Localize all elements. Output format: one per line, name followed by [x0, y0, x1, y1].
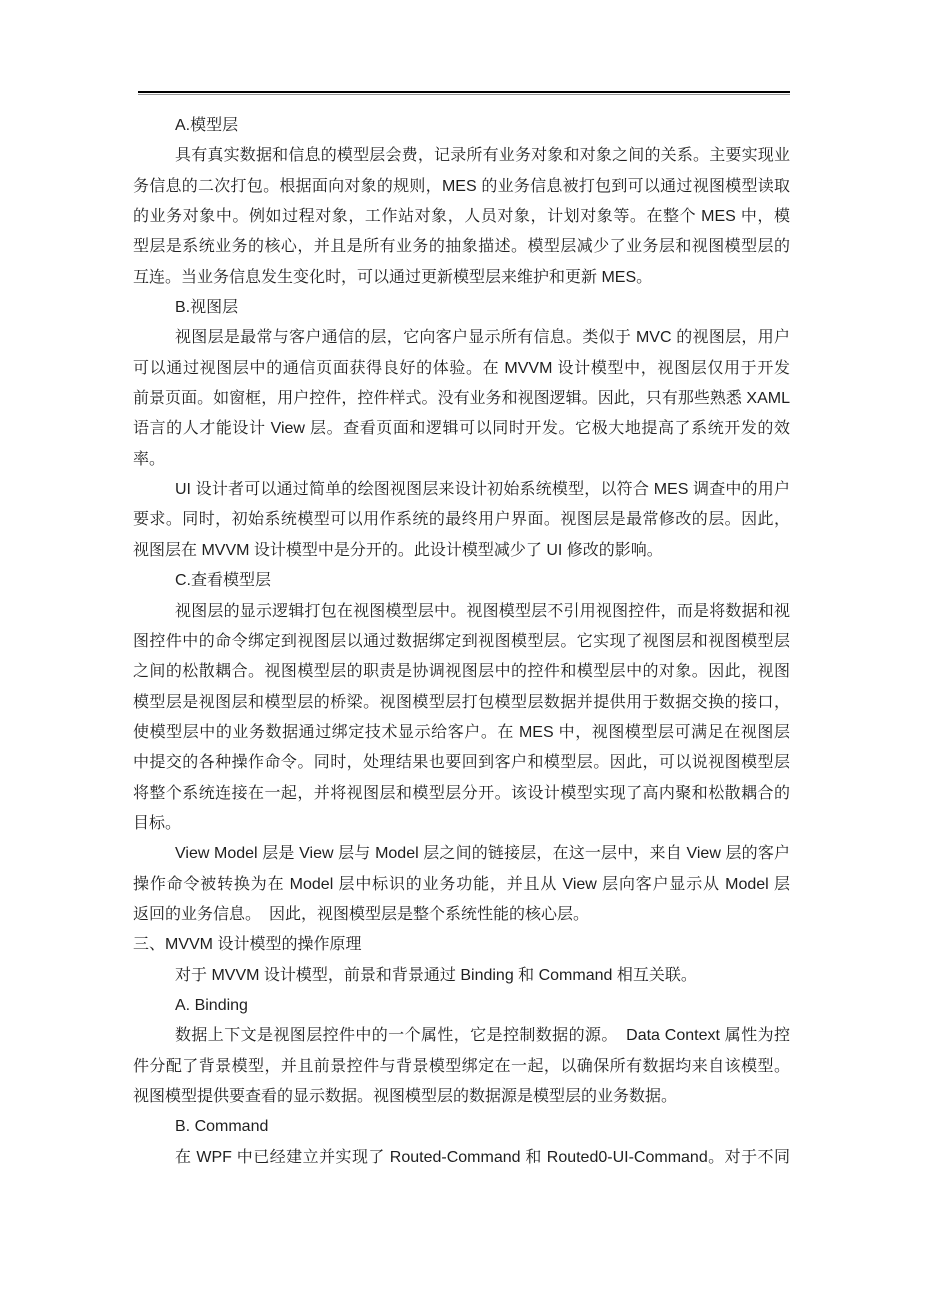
text-line: 率。: [133, 445, 790, 475]
rule-thick-line: [138, 91, 790, 93]
text-line: 件分配了背景模型，并且前景控件与背景模型绑定在一起，以确保所有数据均来自该模型。: [133, 1052, 790, 1082]
text-line: 对于 MVVM 设计模型，前景和背景通过 Binding 和 Command 相…: [133, 961, 790, 991]
text-line: A. Binding: [133, 991, 790, 1021]
text-line: 三、MVVM 设计模型的操作原理: [133, 930, 790, 960]
header-separator-rule: [138, 91, 790, 95]
text-line: 将整个系统连接在一起，并将视图层和模型层分开。该设计模型实现了高内聚和松散耦合的: [133, 779, 790, 809]
text-line: 图控件中的命令绑定到视图层以通过数据绑定到视图模型层。它实现了视图层和视图模型层: [133, 627, 790, 657]
text-line: 互连。当业务信息发生变化时，可以通过更新模型层来维护和更新 MES。: [133, 263, 790, 293]
text-line: 具有真实数据和信息的模型层会费，记录所有业务对象和对象之间的关系。主要实现业: [133, 141, 790, 171]
text-line: 目标。: [133, 809, 790, 839]
text-line: 视图层是最常与客户通信的层，它向客户显示所有信息。类似于 MVC 的视图层，用户: [133, 323, 790, 353]
text-line: 数据上下文是视图层控件中的一个属性，它是控制数据的源。 Data Context…: [133, 1021, 790, 1051]
text-line: 前景页面。如窗框，用户控件，控件样式。没有业务和视图逻辑。因此，只有那些熟悉 X…: [133, 384, 790, 414]
text-line: UI 设计者可以通过简单的绘图视图层来设计初始系统模型，以符合 MES 调查中的…: [133, 475, 790, 505]
text-line: A.模型层: [133, 111, 790, 141]
text-line: 视图层在 MVVM 设计模型中是分开的。此设计模型减少了 UI 修改的影响。: [133, 536, 790, 566]
text-line: 操作命令被转换为在 Model 层中标识的业务功能，并且从 View 层向客户显…: [133, 870, 790, 900]
text-line: 要求。同时，初始系统模型可以用作系统的最终用户界面。视图层是最常修改的层。因此，: [133, 505, 790, 535]
text-line: C.查看模型层: [133, 566, 790, 596]
text-line: 视图层的显示逻辑打包在视图模型层中。视图模型层不引用视图控件，而是将数据和视: [133, 597, 790, 627]
text-line: 的业务对象中。例如过程对象，工作站对象，人员对象，计划对象等。在整个 MES 中…: [133, 202, 790, 232]
text-line: View Model 层是 View 层与 Model 层之间的链接层，在这一层…: [133, 839, 790, 869]
text-line: 中提交的各种操作命令。同时，处理结果也要回到客户和模型层。因此，可以说视图模型层: [133, 748, 790, 778]
document-page: A.模型层具有真实数据和信息的模型层会费，记录所有业务对象和对象之间的关系。主要…: [0, 0, 926, 1309]
text-line: 返回的业务信息。 因此，视图模型层是整个系统性能的核心层。: [133, 900, 790, 930]
text-line: 语言的人才能设计 View 层。查看页面和逻辑可以同时开发。它极大地提高了系统开…: [133, 414, 790, 444]
text-line: B.视图层: [133, 293, 790, 323]
rule-thin-line: [138, 94, 790, 95]
text-line: 在 WPF 中已经建立并实现了 Routed-Command 和 Routed0…: [133, 1143, 790, 1173]
text-line: 模型层是视图层和模型层的桥梁。视图模型层打包模型层数据并提供用于数据交换的接口，: [133, 688, 790, 718]
document-body: A.模型层具有真实数据和信息的模型层会费，记录所有业务对象和对象之间的关系。主要…: [133, 111, 790, 1173]
text-line: 视图模型提供要查看的显示数据。视图模型层的数据源是模型层的业务数据。: [133, 1082, 790, 1112]
text-line: 使模型层中的业务数据通过绑定技术显示给客户。在 MES 中，视图模型层可满足在视…: [133, 718, 790, 748]
text-line: 可以通过视图层中的通信页面获得良好的体验。在 MVVM 设计模型中，视图层仅用于…: [133, 354, 790, 384]
text-line: 型层是系统业务的核心，并且是所有业务的抽象描述。模型层减少了业务层和视图模型层的: [133, 232, 790, 262]
text-line: 务信息的二次打包。根据面向对象的规则，MES 的业务信息被打包到可以通过视图模型…: [133, 172, 790, 202]
text-line: B. Command: [133, 1112, 790, 1142]
text-line: 之间的松散耦合。视图模型层的职责是协调视图层中的控件和模型层中的对象。因此，视图: [133, 657, 790, 687]
